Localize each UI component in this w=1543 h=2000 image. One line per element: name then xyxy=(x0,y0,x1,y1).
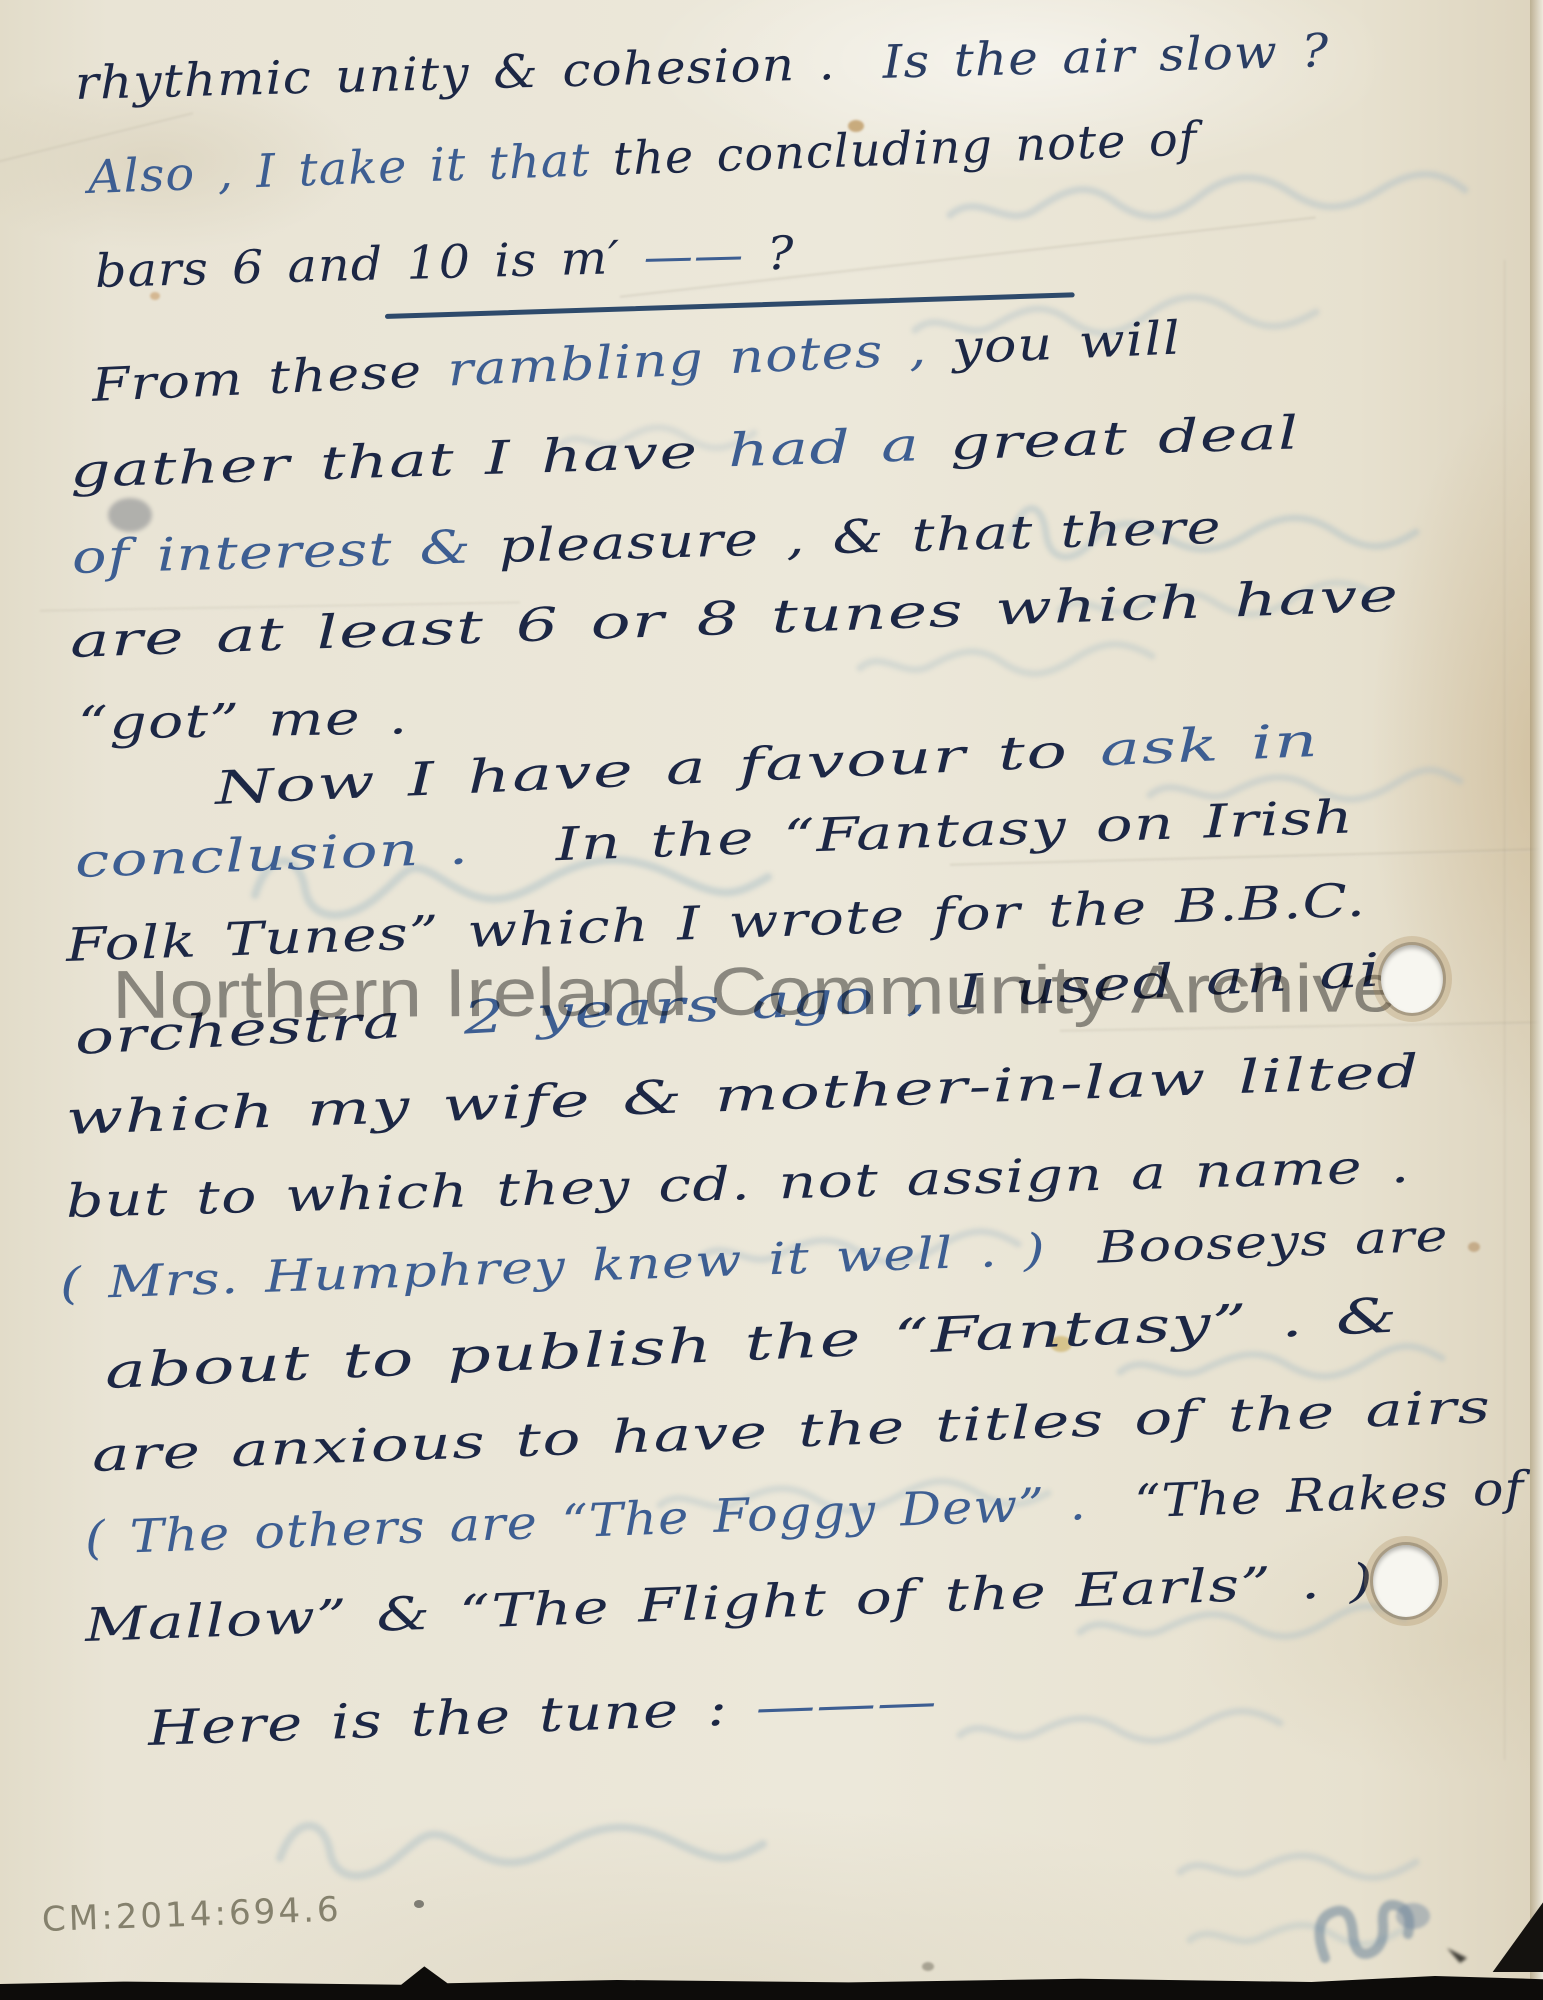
ink-segment: of interest & xyxy=(71,519,499,584)
stain xyxy=(108,498,152,532)
archive-watermark: Northern Ireland Community Archive xyxy=(112,949,1397,1034)
ink-segment: ——— xyxy=(755,1673,939,1735)
punch-hole xyxy=(1373,1545,1439,1617)
ink-segment: ask in xyxy=(1099,713,1320,777)
ink-segment: ? xyxy=(767,226,796,281)
stain xyxy=(414,1900,424,1908)
stain xyxy=(922,1962,934,1971)
ink-segment: “got” me . xyxy=(78,690,409,750)
stain xyxy=(1468,1242,1480,1252)
fold-crease-vertical xyxy=(1504,260,1507,1760)
ink-segment: you will xyxy=(951,310,1182,374)
ink-smudge xyxy=(1295,1878,1505,1993)
ink-segment: great deal xyxy=(949,405,1300,470)
handwritten-line: “got” me . xyxy=(78,692,409,749)
scanned-letter-page: rhythmic unity & cohesion . Is the air s… xyxy=(0,0,1543,2000)
ink-segment: had a xyxy=(727,416,951,477)
paper-right-edge xyxy=(1530,0,1543,2000)
punch-hole xyxy=(1381,945,1443,1013)
ink-segment: —— xyxy=(643,226,768,283)
